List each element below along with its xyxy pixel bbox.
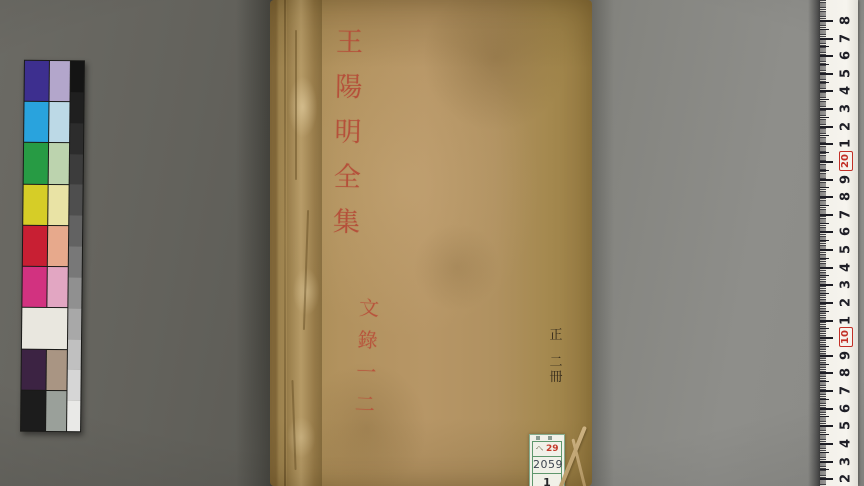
color-patch — [47, 267, 67, 307]
centimeter-number: 4 — [839, 435, 854, 451]
half-centimeter-tick — [820, 170, 829, 171]
centimeter-number: 3 — [839, 453, 854, 469]
color-patch — [21, 349, 45, 389]
half-centimeter-tick — [820, 434, 829, 435]
calligraphy-character: 文 — [353, 291, 384, 324]
centimeter-number: 7 — [839, 206, 854, 222]
grayscale-step — [69, 215, 82, 246]
centimeter-number: 5 — [839, 418, 854, 434]
centimeter-tick — [820, 126, 833, 128]
half-centimeter-tick — [820, 29, 829, 30]
centimeter-tick — [820, 478, 833, 480]
centimeter-number: 5 — [839, 242, 854, 258]
centimeter-tick — [820, 196, 833, 198]
measuring-tape: 87654321209876543211098765432 — [808, 0, 864, 486]
half-centimeter-tick — [820, 46, 829, 47]
color-patch — [22, 308, 67, 349]
centimeter-tick — [820, 372, 833, 374]
centimeter-number: 4 — [839, 259, 854, 275]
spine-ink-character: 二 — [546, 355, 566, 370]
centimeter-number: 4 — [839, 83, 854, 99]
centimeter-tick — [820, 143, 833, 145]
color-patch — [23, 226, 47, 266]
decimeter-number-red: 20 — [839, 151, 853, 171]
label-divider — [532, 456, 562, 457]
color-patch-row — [23, 226, 68, 267]
centimeter-tick — [820, 20, 833, 22]
centimeter-number: 8 — [839, 13, 854, 29]
tape-shadow — [808, 0, 820, 486]
spine-ink-note: 正二冊 — [546, 328, 566, 385]
half-centimeter-tick — [820, 99, 829, 100]
grayscale-wedge — [67, 61, 84, 431]
calligraphy-character: 集 — [328, 200, 365, 246]
label-volume-number: 1 — [533, 476, 561, 486]
color-patch — [22, 267, 46, 307]
centimeter-number: 8 — [839, 365, 854, 381]
centimeter-tick — [820, 425, 833, 427]
grayscale-step — [68, 308, 81, 339]
photo-stage: 王陽明全集 文錄一二 正二冊 ヘ 29 2059 1 8765432120987… — [0, 0, 864, 486]
half-centimeter-tick — [820, 64, 829, 65]
color-patch — [23, 184, 47, 224]
spine-ink-character: 冊 — [546, 370, 566, 385]
color-patch-row — [21, 349, 66, 390]
grayscale-step — [67, 369, 80, 400]
centimeter-tick — [820, 73, 833, 75]
grayscale-step — [68, 277, 81, 308]
centimeter-tick — [820, 55, 833, 57]
centimeter-tick — [820, 355, 833, 357]
centimeter-number: 3 — [839, 277, 854, 293]
color-patch — [25, 61, 49, 101]
color-patch-row — [24, 102, 69, 143]
calligraphy-character: 一 — [351, 355, 382, 388]
color-patch — [24, 143, 48, 183]
centimeter-tick — [820, 90, 833, 92]
color-patch — [49, 102, 69, 142]
centimeter-number: 7 — [839, 383, 854, 399]
color-patch-columns — [21, 61, 70, 431]
centimeter-number: 6 — [839, 48, 854, 64]
half-centimeter-tick — [820, 205, 829, 206]
centimeter-tick — [820, 108, 833, 110]
centimeter-tick — [820, 249, 833, 251]
calligraphy-character: 全 — [329, 155, 366, 201]
grayscale-step — [69, 185, 82, 216]
centimeter-tick — [820, 267, 833, 269]
color-patch-row — [23, 184, 68, 225]
color-calibration-strip — [20, 60, 85, 433]
centimeter-number: 8 — [839, 189, 854, 205]
half-centimeter-tick — [820, 469, 829, 470]
label-accession-number: 2059 — [533, 458, 561, 471]
color-patch — [50, 61, 70, 101]
book-title-calligraphy: 王陽明全集 — [328, 20, 368, 246]
spine-crease — [295, 30, 297, 180]
color-patch — [49, 143, 69, 183]
grayscale-step — [71, 61, 84, 92]
half-centimeter-tick — [820, 364, 829, 365]
label-divider — [532, 473, 562, 474]
centimeter-number: 7 — [839, 30, 854, 46]
half-centimeter-tick — [820, 117, 829, 118]
half-centimeter-tick — [820, 293, 829, 294]
color-patch — [48, 185, 68, 225]
centimeter-tick — [820, 161, 833, 163]
half-centimeter-tick — [820, 275, 829, 276]
half-centimeter-tick — [820, 399, 829, 400]
half-centimeter-tick — [820, 258, 829, 259]
calligraphy-character: 錄 — [352, 323, 383, 356]
centimeter-number: 6 — [839, 400, 854, 416]
half-centimeter-tick — [820, 187, 829, 188]
half-centimeter-tick — [820, 416, 829, 417]
centimeter-number: 2 — [839, 471, 854, 486]
centimeter-number: 6 — [839, 224, 854, 240]
cover-fold-line — [284, 0, 286, 486]
half-centimeter-tick — [820, 311, 829, 312]
color-patch — [21, 390, 45, 430]
half-centimeter-tick — [820, 152, 829, 153]
color-patch-row — [22, 308, 67, 349]
centimeter-number: 2 — [839, 294, 854, 310]
centimeter-tick — [820, 284, 833, 286]
spine-ink-character: 正 — [546, 328, 566, 343]
centimeter-tick — [820, 38, 833, 40]
book-spine — [287, 0, 322, 486]
half-centimeter-tick — [820, 82, 829, 83]
half-centimeter-tick — [820, 135, 829, 136]
label-call-red-number: 29 — [546, 444, 559, 454]
color-patch-row — [24, 143, 69, 184]
centimeter-tick — [820, 337, 833, 339]
grayscale-step — [70, 123, 83, 154]
label-call-prefix: ヘ — [535, 444, 543, 453]
calligraphy-character: 王 — [331, 20, 368, 66]
color-patch — [48, 226, 68, 266]
centimeter-number: 2 — [839, 118, 854, 134]
half-centimeter-tick — [820, 381, 829, 382]
color-patch-row — [25, 61, 70, 102]
centimeter-tick — [820, 443, 833, 445]
color-patch — [46, 349, 66, 389]
centimeter-number: 9 — [839, 171, 854, 187]
label-stamp-marks — [536, 436, 558, 440]
grayscale-step — [69, 246, 82, 277]
centimeter-tick — [820, 214, 833, 216]
grayscale-step — [68, 339, 81, 370]
centimeter-tick — [820, 231, 833, 233]
calligraphy-character: 二 — [349, 387, 380, 420]
centimeter-tick — [820, 302, 833, 304]
half-centimeter-tick — [820, 240, 829, 241]
half-centimeter-tick — [820, 452, 829, 453]
calligraphy-character: 陽 — [330, 65, 367, 111]
centimeter-tick — [820, 461, 833, 463]
centimeter-tick — [820, 390, 833, 392]
spine-crease — [303, 210, 309, 330]
grayscale-step — [70, 92, 83, 123]
half-centimeter-tick — [820, 223, 829, 224]
half-centimeter-tick — [820, 346, 829, 347]
centimeter-number: 9 — [839, 347, 854, 363]
calligraphy-character: 明 — [330, 110, 367, 156]
book-subtitle-calligraphy: 文錄一二 — [349, 291, 385, 420]
centimeter-number: 3 — [839, 101, 854, 117]
half-centimeter-tick — [820, 328, 829, 329]
spine-note-gap — [546, 343, 566, 355]
grayscale-step — [67, 400, 80, 431]
decimeter-number-red: 10 — [839, 327, 853, 347]
centimeter-number: 5 — [839, 65, 854, 81]
library-label: ヘ 29 2059 1 — [529, 434, 565, 486]
centimeter-number: 1 — [839, 312, 854, 328]
centimeter-tick — [820, 179, 833, 181]
color-patch-row — [21, 390, 66, 431]
color-patch-row — [22, 267, 67, 308]
centimeter-tick — [820, 320, 833, 322]
centimeter-number: 1 — [839, 136, 854, 152]
spine-crease — [291, 380, 296, 470]
grayscale-step — [70, 154, 83, 185]
color-patch — [24, 102, 48, 142]
centimeter-tick — [820, 408, 833, 410]
label-call-number: ヘ 29 — [533, 443, 561, 454]
color-patch — [46, 391, 66, 431]
